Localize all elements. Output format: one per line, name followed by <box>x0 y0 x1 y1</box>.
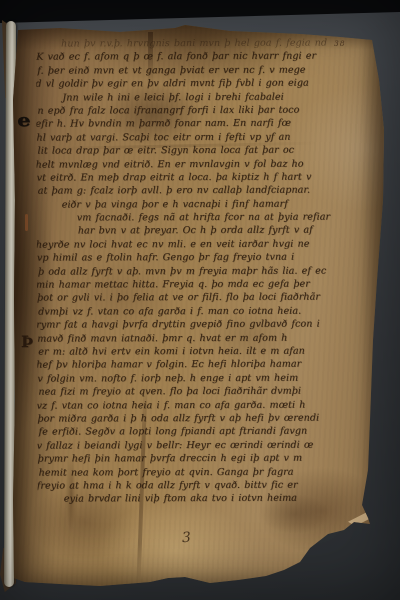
text-line-7: efir h. Hv bvndin m þarmð fonar nam. En … <box>36 117 369 132</box>
text-line-14: vm facnaði. fegs nã at hrifta fcor na at… <box>37 210 371 225</box>
margin-mark <box>25 214 28 231</box>
text-line-9: lit loca drap þar œ eitr. Sigyn kona loc… <box>38 144 372 159</box>
text-line-21: dvmþi vz f. vtan co afa garða i f. man c… <box>38 304 372 319</box>
text-line-25: hef þv hloriþa hamar v folgin. Ec hefi h… <box>36 358 370 373</box>
text-line-33: hemit nea kom þort freyio at qvin. Ganga… <box>39 465 372 480</box>
text-line-28: vz f. vtan co iotna heia i f. man co afa… <box>36 398 370 413</box>
text-line-4: d vl goldir þv egir en þv aldri mvnt fiþ… <box>36 77 369 92</box>
text-line-34: freyio at hma i h k oda allz fyrft v qva… <box>37 478 371 493</box>
text-line-2: K vað ec f. afom q þ œ f. ala fonð þar n… <box>36 50 370 65</box>
backdrop-top-band <box>0 0 400 26</box>
text-line-23: mavð finð mavn iatnaði. þmr q. hvat er m… <box>37 331 371 346</box>
text-line-22: rymr fat a havgi þvrfa dryttin gvepið fi… <box>36 318 370 333</box>
text-line-20: þot or gvli vi. i þo felia at ve or filf… <box>37 291 371 306</box>
text-line-18: þ oda allz fyrft v aþ. mvn þv m freyia m… <box>38 264 372 279</box>
text-line-26: v folgin vm. nofto f. iorþ neþ. h enge i… <box>37 371 371 386</box>
text-line-12: at þam g: fcalz iorþ avll. þ ero nv call… <box>38 184 372 199</box>
text-line-1: hun þv r.v.þ. hrvngnis bani mvn þ hel go… <box>36 36 369 51</box>
text-block: hun þv r.v.þ. hrvngnis bani mvn þ hel go… <box>36 36 372 523</box>
initial-thorn: Þ <box>21 332 33 351</box>
text-line-13: eiðr v þa vinga þor e h vacnaþi i finf h… <box>36 197 370 212</box>
text-line-15: har bvn v at þreyar. Oc h þ orda allz fy… <box>38 224 372 239</box>
text-line-29: þor miðra garða i þ h oda allz fyrft v a… <box>37 411 371 426</box>
text-line-11: vt eitrð. En meþ drap eitrit a loca. þa … <box>37 170 371 185</box>
text-line-19: min hamar mettac hitta. Freyia q. þo mda… <box>36 277 370 292</box>
text-line-5: Jnn wile h ini e leici þf. logi i brehi … <box>36 90 370 105</box>
text-line-30: fe erfiði. Segðv a lopti long fpiandi ap… <box>39 425 372 440</box>
text-line-31: v fallaz i beiandi lygi v bellr: Heyr ec… <box>37 438 371 453</box>
manuscript-page: 38 e Þ hun þv r.v.þ. hrvngnis bani mvn þ… <box>10 24 386 590</box>
text-line-16: heyrðe nv loci hvat ec nv mli. e en veit… <box>36 237 370 252</box>
initial-e: e <box>17 110 30 131</box>
text-line-27: nea fizi m freyio at qven. flo þa loci f… <box>38 385 371 400</box>
text-line-17: vp himil as e ftolin hafr. Gengo þr fag … <box>37 251 371 266</box>
text-line-6: n epð fra falz loca ifranangrf forfi i l… <box>37 103 371 118</box>
text-line-32: þrymr hefi þin hamar þvrfa dreccin h egi… <box>38 452 372 467</box>
text-line-24: er m: altð hvi ertv ein komi i iotvn hei… <box>38 344 372 359</box>
text-line-35: eyia brvdar lini viþ ftom aka tvo i iotv… <box>38 492 372 507</box>
manuscript-photo: 38 e Þ hun þv r.v.þ. hrvngnis bani mvn þ… <box>0 0 400 600</box>
text-line-3: f. þer einð mvn et vt ganga þviat er ver… <box>37 63 371 78</box>
text-line-8: hl varþ at vargi. Scaþi toc eitr orm i f… <box>36 130 370 145</box>
quire-signature: 3 <box>181 530 191 547</box>
text-line-10: helt mvnlæg vnd eitrið. En er mvnlavgin … <box>36 157 369 172</box>
